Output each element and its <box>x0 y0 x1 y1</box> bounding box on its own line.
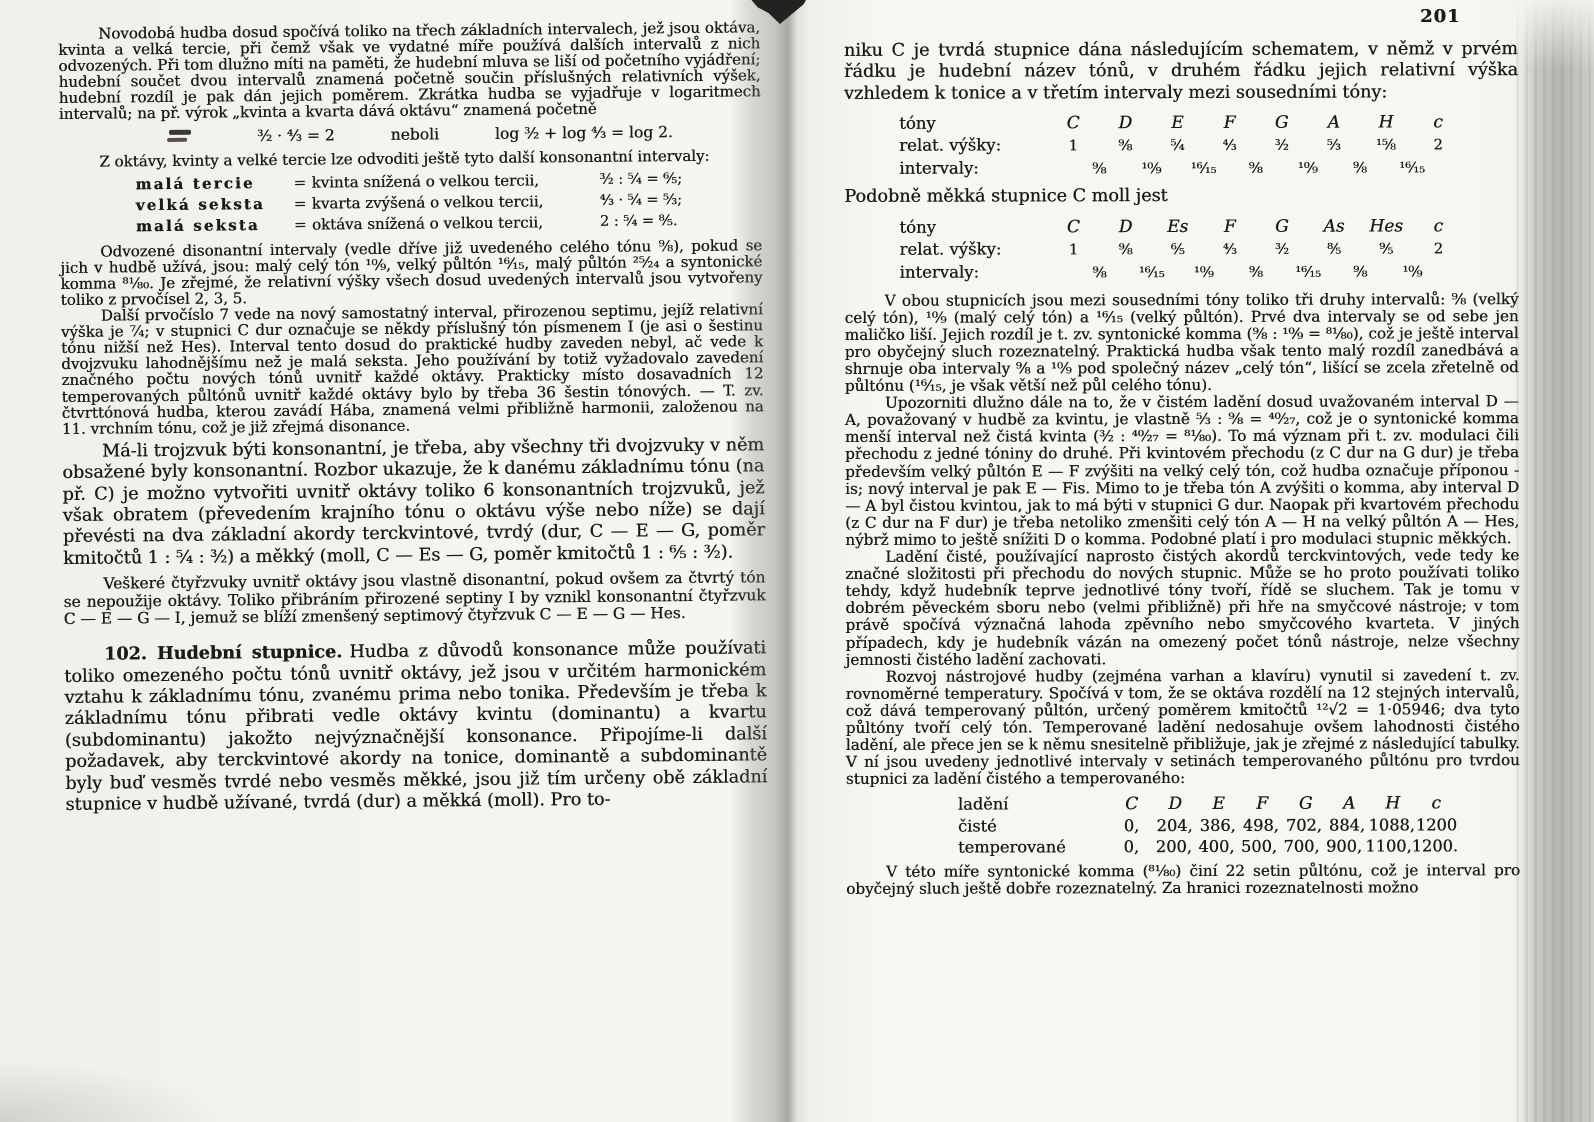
cents-value-cell: 700, <box>1280 836 1323 857</box>
paragraph-odvozene-disonantni: Odvozené disonantní intervaly (vedle dří… <box>60 237 763 308</box>
height-cell: ⁴⁄₃ <box>1204 136 1256 157</box>
row-label: relat. výšky: <box>899 135 1047 156</box>
tone-cell: D <box>1099 217 1151 238</box>
tone-cell: F <box>1240 794 1284 815</box>
row-label: ladění <box>958 794 1110 815</box>
tone-cell: A <box>1327 794 1371 815</box>
tone-cells: CDEsFGAsHesc <box>1047 216 1464 238</box>
interval-cells: ⁹⁄₈¹⁰⁄₉¹⁶⁄₁₅⁹⁄₈¹⁰⁄₉⁹⁄₈¹⁶⁄₁₅ <box>1073 159 1438 181</box>
row-label: temperované <box>958 837 1110 858</box>
table-row-intervals: intervaly: ⁹⁄₈¹⁰⁄₉¹⁶⁄₁₅⁹⁄₈¹⁰⁄₉⁹⁄₈¹⁶⁄₁₅ <box>899 156 1464 180</box>
formula-rhs: log ³⁄₂ + log ⁴⁄₃ = log 2. <box>495 123 673 143</box>
logarithm-formula-line: ³⁄₂ · ⁴⁄₃ = 2 neboli log ³⁄₂ + log ⁴⁄₃ =… <box>167 122 761 146</box>
interval-cell: ¹⁶⁄₁₅ <box>1282 262 1334 283</box>
book-spread-scan: 201 Novodobá hudba dosud spočívá toliko … <box>0 0 1594 1122</box>
height-cell: ³⁄₂ <box>1256 136 1308 157</box>
cents-value-cell: 498, <box>1239 815 1282 836</box>
tone-cell: G <box>1284 794 1328 815</box>
cents-value-cell: 400, <box>1195 836 1238 857</box>
paragraph-ladeni-ciste: Ladění čisté, používající naprosto čistý… <box>845 547 1519 668</box>
interval-cell: ⁹⁄₈ <box>1230 262 1282 283</box>
page-edge-shadow <box>1516 0 1594 1122</box>
height-cell: 2 <box>1412 239 1464 260</box>
cents-value-cell: 204, <box>1153 815 1196 836</box>
tuning-comparison-table: ladění CDEFGAHc čisté 0,204,386,498,702,… <box>958 793 1458 858</box>
paragraph-niku-c: niku C je tvrdá stupnice dána následujíc… <box>844 39 1518 105</box>
paragraph-upozorniti: Upozorniti dlužno dále na to, že v čisté… <box>845 393 1519 549</box>
paragraph-z-oktavy: Z oktávy, kvinty a velké tercie lze odvo… <box>59 147 761 170</box>
interval-cell: ¹⁰⁄₉ <box>1125 159 1177 180</box>
equals-sign: = <box>294 214 312 235</box>
c-dur-scale-table: tóny CDEFGAHc relat. výšky: 1⁹⁄₈⁵⁄₄⁴⁄₃³⁄… <box>899 111 1464 180</box>
value-cells: 0,204,386,498,702,884,1088,1200 <box>1110 815 1458 837</box>
cents-value-cell: 500, <box>1238 836 1281 857</box>
table-row-tones: tóny CDEsFGAsHesc <box>899 215 1464 238</box>
row-label: intervaly: <box>899 158 1047 179</box>
cents-value-cell: 702, <box>1282 815 1325 836</box>
interval-term: malá seksta <box>136 214 294 237</box>
paragraph-novodoba-hudba: Novodobá hudba dosud spočívá toliko na t… <box>58 19 761 122</box>
tone-cell: As <box>1308 216 1360 237</box>
c-moll-scale-table: tóny CDEsFGAsHesc relat. výšky: 1⁹⁄₈⁶⁄₅⁴… <box>899 215 1464 284</box>
interval-cell: ¹⁰⁄₉ <box>1386 262 1438 283</box>
section-102-paragraph: 102. Hudební stupnice.Hudba z důvodů kon… <box>64 637 768 816</box>
tone-cell: Es <box>1152 217 1204 238</box>
paragraph-v-obou-stupnicich: V obou stupnicích jsou mezi sousedními t… <box>845 291 1519 395</box>
row-label: intervaly: <box>899 261 1047 282</box>
tone-cell: C <box>1110 794 1154 815</box>
height-cells: 1⁹⁄₈⁶⁄₅⁴⁄₃³⁄₂⁸⁄₅⁹⁄₅2 <box>1047 239 1464 261</box>
section-heading: 102. Hudební stupnice. <box>104 641 342 664</box>
equals-sign: = <box>294 193 312 214</box>
tone-cells: CDEFGAHc <box>1047 112 1464 134</box>
height-cell: ⁵⁄₃ <box>1308 136 1360 157</box>
section-body-text: Hudba z důvodů konsonance může používati… <box>64 638 767 815</box>
height-cell: ⁹⁄₅ <box>1360 239 1412 260</box>
tone-cell: G <box>1256 216 1308 237</box>
interval-description: oktáva snížená o velkou tercii, <box>312 211 600 235</box>
tone-cell: D <box>1099 113 1151 134</box>
tone-cell: E <box>1151 113 1203 134</box>
tone-cell: C <box>1047 217 1099 238</box>
paragraph-rozvoj-nastrojove: Rozvoj nástrojové hudby (zejména varhan … <box>846 667 1520 788</box>
tone-cell: G <box>1256 113 1308 134</box>
tone-cell: F <box>1203 113 1255 134</box>
height-cell: ⁵⁄₄ <box>1151 136 1203 157</box>
height-cell: 1 <box>1047 240 1099 261</box>
tone-cell: D <box>1153 794 1197 815</box>
tone-cell: Hes <box>1360 216 1412 237</box>
interval-term: malá tercie <box>135 172 293 195</box>
cents-value-cell: 1100, <box>1365 836 1411 857</box>
tone-cell: H <box>1360 113 1412 134</box>
interval-cell: ⁹⁄₈ <box>1334 262 1386 283</box>
paragraph-podobne-mekka: Podobně měkká stupnice C moll jest <box>844 185 1518 208</box>
derived-intervals-list: malá tercie = kvinta snížená o velkou te… <box>135 168 762 237</box>
interval-cell: ¹⁶⁄₁₅ <box>1386 159 1438 180</box>
interval-cell: ¹⁰⁄₉ <box>1282 159 1334 180</box>
height-cell: ⁶⁄₅ <box>1152 240 1204 261</box>
height-cell: 1 <box>1047 136 1099 157</box>
interval-cell: ⁹⁄₈ <box>1334 159 1386 180</box>
tone-cell: c <box>1412 216 1464 237</box>
height-cell: 2 <box>1412 135 1464 156</box>
tone-cell: H <box>1371 794 1415 815</box>
row-label: tóny <box>899 113 1047 134</box>
interval-cell: ¹⁶⁄₁₅ <box>1126 263 1178 284</box>
height-cell: ³⁄₂ <box>1256 239 1308 260</box>
tone-cells: CDEFGAHc <box>1110 794 1458 816</box>
cents-value-cell: 386, <box>1196 815 1239 836</box>
cents-value-cell: 1200. <box>1412 836 1458 857</box>
height-cell: ⁹⁄₈ <box>1099 136 1151 157</box>
interval-cell: ⁹⁄₈ <box>1230 159 1282 180</box>
interval-cell: ⁹⁄₈ <box>1073 159 1125 180</box>
tone-cell: F <box>1204 216 1256 237</box>
table-row-tones: tóny CDEFGAHc <box>899 111 1464 134</box>
corner-shadow <box>0 1060 220 1122</box>
paragraph-veskere-ctyrzvuky: Veškeré čtyřzvuky uvnitř oktávy jsou vla… <box>63 569 765 628</box>
interval-cells: ⁹⁄₈¹⁶⁄₁₅¹⁰⁄₉⁹⁄₈¹⁶⁄₁₅⁹⁄₈¹⁰⁄₉ <box>1073 262 1438 284</box>
tone-cell: A <box>1308 113 1360 134</box>
interval-cell: ⁹⁄₈ <box>1073 263 1125 284</box>
cents-value-cell: 0, <box>1110 815 1153 836</box>
cents-value-cell: 1200 <box>1415 815 1458 836</box>
interval-ratio: ⁴⁄₃ · ⁵⁄₄ = ⁵⁄₃; <box>600 189 762 212</box>
interval-description: kvinta snížená o velkou tercii, <box>311 169 599 193</box>
table-row-intervals: intervaly: ⁹⁄₈¹⁶⁄₁₅¹⁰⁄₉⁹⁄₈¹⁶⁄₁₅⁹⁄₈¹⁰⁄₉ <box>899 260 1464 284</box>
interval-cell: ¹⁶⁄₁₅ <box>1177 159 1229 180</box>
equals-sign: = <box>293 172 311 193</box>
right-page: niku C je tvrdá stupnice dána následujíc… <box>844 39 1520 898</box>
interval-cell: ¹⁰⁄₉ <box>1178 262 1230 283</box>
row-label: relat. výšky: <box>899 238 1047 259</box>
interval-term: velká seksta <box>136 193 294 216</box>
cents-value-cell: 884, <box>1325 815 1368 836</box>
interval-ratio: ³⁄₂ : ⁵⁄₄ = ⁶⁄₅; <box>599 168 761 191</box>
height-cell: ¹⁵⁄₈ <box>1360 136 1412 157</box>
spacer <box>335 134 391 135</box>
interval-ratio: 2 : ⁵⁄₄ = ⁸⁄₅. <box>600 210 762 233</box>
tone-cell: c <box>1412 112 1464 133</box>
paragraph-v-teto-mire: V této míře syntonické komma (⁸¹⁄₈₀) čin… <box>846 862 1520 898</box>
cents-value-cell: 900, <box>1323 836 1366 857</box>
table-row-ciste: čisté 0,204,386,498,702,884,1088,1200 <box>958 815 1458 837</box>
cents-value-cell: 1088, <box>1368 815 1414 836</box>
height-cell: ⁹⁄₈ <box>1100 240 1152 261</box>
paragraph-dalsi-prvocislo: Další prvočíslo 7 vede na nový samostatn… <box>61 301 764 436</box>
paragraph-ma-li-trojzvuk: Má-li trojzvuk býti konsonantní, je třeb… <box>62 435 765 570</box>
row-label: tóny <box>899 216 1047 237</box>
cents-value-cell: 0, <box>1110 836 1153 857</box>
table-row-relative-heights: relat. výšky: 1⁹⁄₈⁶⁄₅⁴⁄₃³⁄₂⁸⁄₅⁹⁄₅2 <box>899 237 1464 261</box>
tone-cell: c <box>1414 794 1458 815</box>
table-row-relative-heights: relat. výšky: 1⁹⁄₈⁵⁄₄⁴⁄₃³⁄₂⁵⁄₃¹⁵⁄₈2 <box>899 133 1464 157</box>
spacer <box>439 133 495 134</box>
left-page: Novodobá hudba dosud spočívá toliko na t… <box>58 19 768 816</box>
tone-cell: C <box>1047 113 1099 134</box>
value-cells: 0,200,400,500,700,900,1100,1200. <box>1110 836 1458 858</box>
row-label: čisté <box>958 816 1110 837</box>
interval-description: kvarta zvýšená o velkou tercii, <box>312 190 600 214</box>
tone-cell: E <box>1197 794 1241 815</box>
cents-value-cell: 200, <box>1153 836 1196 857</box>
ink-smudge-mark <box>167 129 193 143</box>
page-number: 201 <box>1420 6 1461 27</box>
table-row-temperovane: temperované 0,200,400,500,700,900,1100,1… <box>958 836 1458 858</box>
formula-lhs: ³⁄₂ · ⁴⁄₃ = 2 <box>257 126 335 145</box>
height-cell: ⁸⁄₅ <box>1308 239 1360 260</box>
table-row-header: ladění CDEFGAHc <box>958 793 1458 816</box>
formula-connector: neboli <box>390 125 438 143</box>
height-cells: 1⁹⁄₈⁵⁄₄⁴⁄₃³⁄₂⁵⁄₃¹⁵⁄₈2 <box>1047 135 1464 157</box>
height-cell: ⁴⁄₃ <box>1204 239 1256 260</box>
